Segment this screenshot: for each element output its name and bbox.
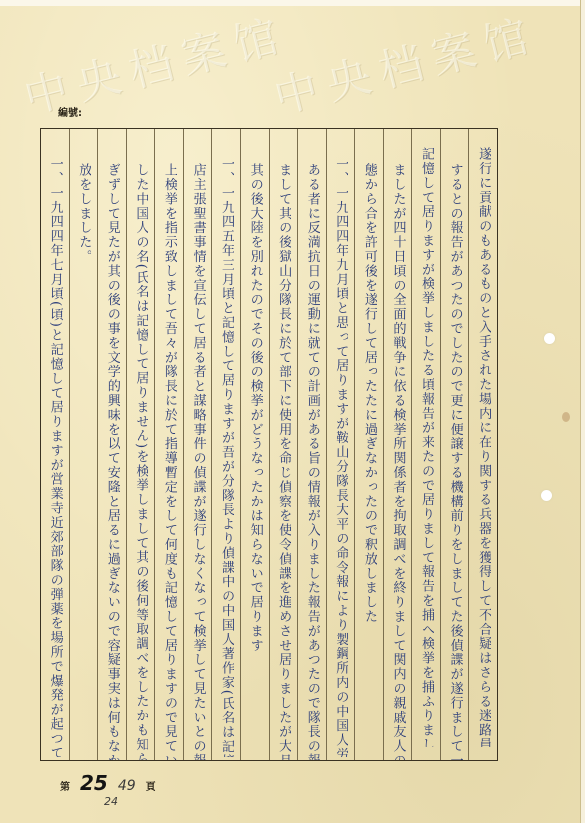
manuscript-column: ましたが四十日頃の全面的戦争に依る検挙所関係者を拘取調べを終りまして関内の親戚友…	[383, 129, 412, 760]
column-text: した中国人の名(氏名は記憶して居りません)を検挙しまして其の後何等取調べをしたか…	[132, 163, 148, 760]
archive-watermark: 中央档案馆	[266, 0, 543, 126]
column-text: ましたが四十日頃の全面的戦争に依る検挙所関係者を拘取調べを終りまして関内の親戚友…	[390, 163, 406, 760]
paper-right-edge	[580, 0, 585, 823]
manuscript-column: するとの報告があつたのでしたので更に便譲する機構前りをしましてた後偵諜が遂行まし…	[440, 129, 469, 760]
manuscript-column: 其の後大陸を別れたのでその後の検挙がどうなったかは知らないで居ります	[240, 129, 269, 760]
column-text: ぎずして見たが其の後の事を文学的興味を以て安隆と居るに過ぎないので容疑事実は何も…	[104, 163, 120, 760]
manuscript-column: ある者に反満抗日の運動に就ての計画がある旨の情報が入りました報告があつたので隊長…	[297, 129, 326, 760]
column-text: 記憶して居りますが検挙しましたる頃報告が来たので居りまして報告を捕へ検挙を捕ふり…	[418, 147, 434, 747]
column-text: まして其の後獄山分隊長に於て部下に使用を命じ偵察を使令偵諜を進めさせ居りましたが…	[275, 163, 291, 760]
paper-stain	[562, 412, 570, 422]
manuscript-column: 一、一九四四年七月頃(頃)と記憶して居りますが営業寺近郊部隊の弾薬を場所で爆発が…	[41, 129, 69, 760]
manuscript-column: 一、一九四四年九月頃と思って居りますが鞍山分隊長大平の命令報により製鋼所内の中国…	[326, 129, 355, 760]
serial-number-label: 編號:	[58, 104, 82, 119]
punch-hole	[541, 490, 552, 501]
manuscript-column: まして其の後獄山分隊長に於て部下に使用を命じ偵察を使令偵諜を進めさせ居りましたが…	[269, 129, 298, 760]
column-text: 其の後大陸を別れたのでその後の検挙がどうなったかは知らないで居ります	[247, 163, 263, 653]
manuscript-column: 上検挙を指示致しまして吾々が隊長に於て指導暫定をして何度も記憶して居りますので見…	[154, 129, 183, 760]
page-number-sub-value: 24	[104, 795, 118, 808]
manuscript-column: した中国人の名(氏名は記憶して居りません)を検挙しまして其の後何等取調べをしたか…	[126, 129, 155, 760]
page-number-suffix: 頁	[146, 778, 156, 793]
manuscript-column: 放をしました。	[69, 129, 98, 760]
punch-hole	[544, 333, 555, 344]
column-text: 一、一九四五年三月頃と記憶して居りますが吾が分隊長より偵諜中の中国人著作家(氏名…	[218, 157, 234, 757]
manuscript-column: 態から合を許可後を遂行して居ったたに過ぎなかったので釈放しました	[354, 129, 383, 760]
column-text: 一、一九四四年九月頃と思って居りますが鞍山分隊長大平の命令報により製鋼所内の中国…	[332, 157, 348, 757]
manuscript-column: 記憶して居りますが検挙しましたる頃報告が来たので居りまして報告を捕へ検挙を捕ふり…	[411, 129, 440, 760]
page-number: 第 25 49 頁 24	[60, 771, 156, 795]
column-text: 遂行に貢献のもあるものと入手された場内に在り関する兵器を獲得して不合疑はさらる迷…	[475, 147, 491, 747]
column-text: 放をしました。	[75, 163, 91, 264]
manuscript-column: 遂行に貢献のもあるものと入手された場内に在り関する兵器を獲得して不合疑はさらる迷…	[468, 129, 497, 760]
manuscript-column: 一、一九四五年三月頃と記憶して居りますが吾が分隊長より偵諜中の中国人著作家(氏名…	[211, 129, 240, 760]
page-number-alt-value: 49	[118, 778, 136, 794]
column-text: するとの報告があつたのでしたので更に便譲する機構前りをしましてた後偵諜が遂行まし…	[447, 163, 463, 760]
column-text: 店主張聖書事情を宣伝して居る者と謀略事件の偵諜が遂行しなくなって検挙して見たいと…	[190, 163, 206, 760]
column-text: 態から合を許可後を遂行して居ったたに過ぎなかったので釈放しました	[361, 163, 377, 624]
manuscript-column: 店主張聖書事情を宣伝して居る者と謀略事件の偵諜が遂行しなくなって検挙して見たいと…	[183, 129, 212, 760]
column-text: 上検挙を指示致しまして吾々が隊長に於て指導暫定をして何度も記憶して居りますので見…	[161, 163, 177, 760]
page-number-prefix: 第	[60, 778, 70, 793]
column-text: 一、一九四四年七月頃(頃)と記憶して居りますが営業寺近郊部隊の弾薬を場所で爆発が…	[47, 157, 63, 757]
manuscript-grid: 遂行に貢献のもあるものと入手された場内に在り関する兵器を獲得して不合疑はさらる迷…	[40, 128, 498, 761]
archive-document-page: 中央档案馆 中央档案馆 編號: 遂行に貢献のもあるものと入手された場内に在り関す…	[0, 0, 585, 823]
page-number-value: 25	[80, 771, 108, 795]
manuscript-column: ぎずして見たが其の後の事を文学的興味を以て安隆と居るに過ぎないので容疑事実は何も…	[97, 129, 126, 760]
column-text: ある者に反満抗日の運動に就ての計画がある旨の情報が入りました報告があつたので隊長…	[304, 163, 320, 760]
